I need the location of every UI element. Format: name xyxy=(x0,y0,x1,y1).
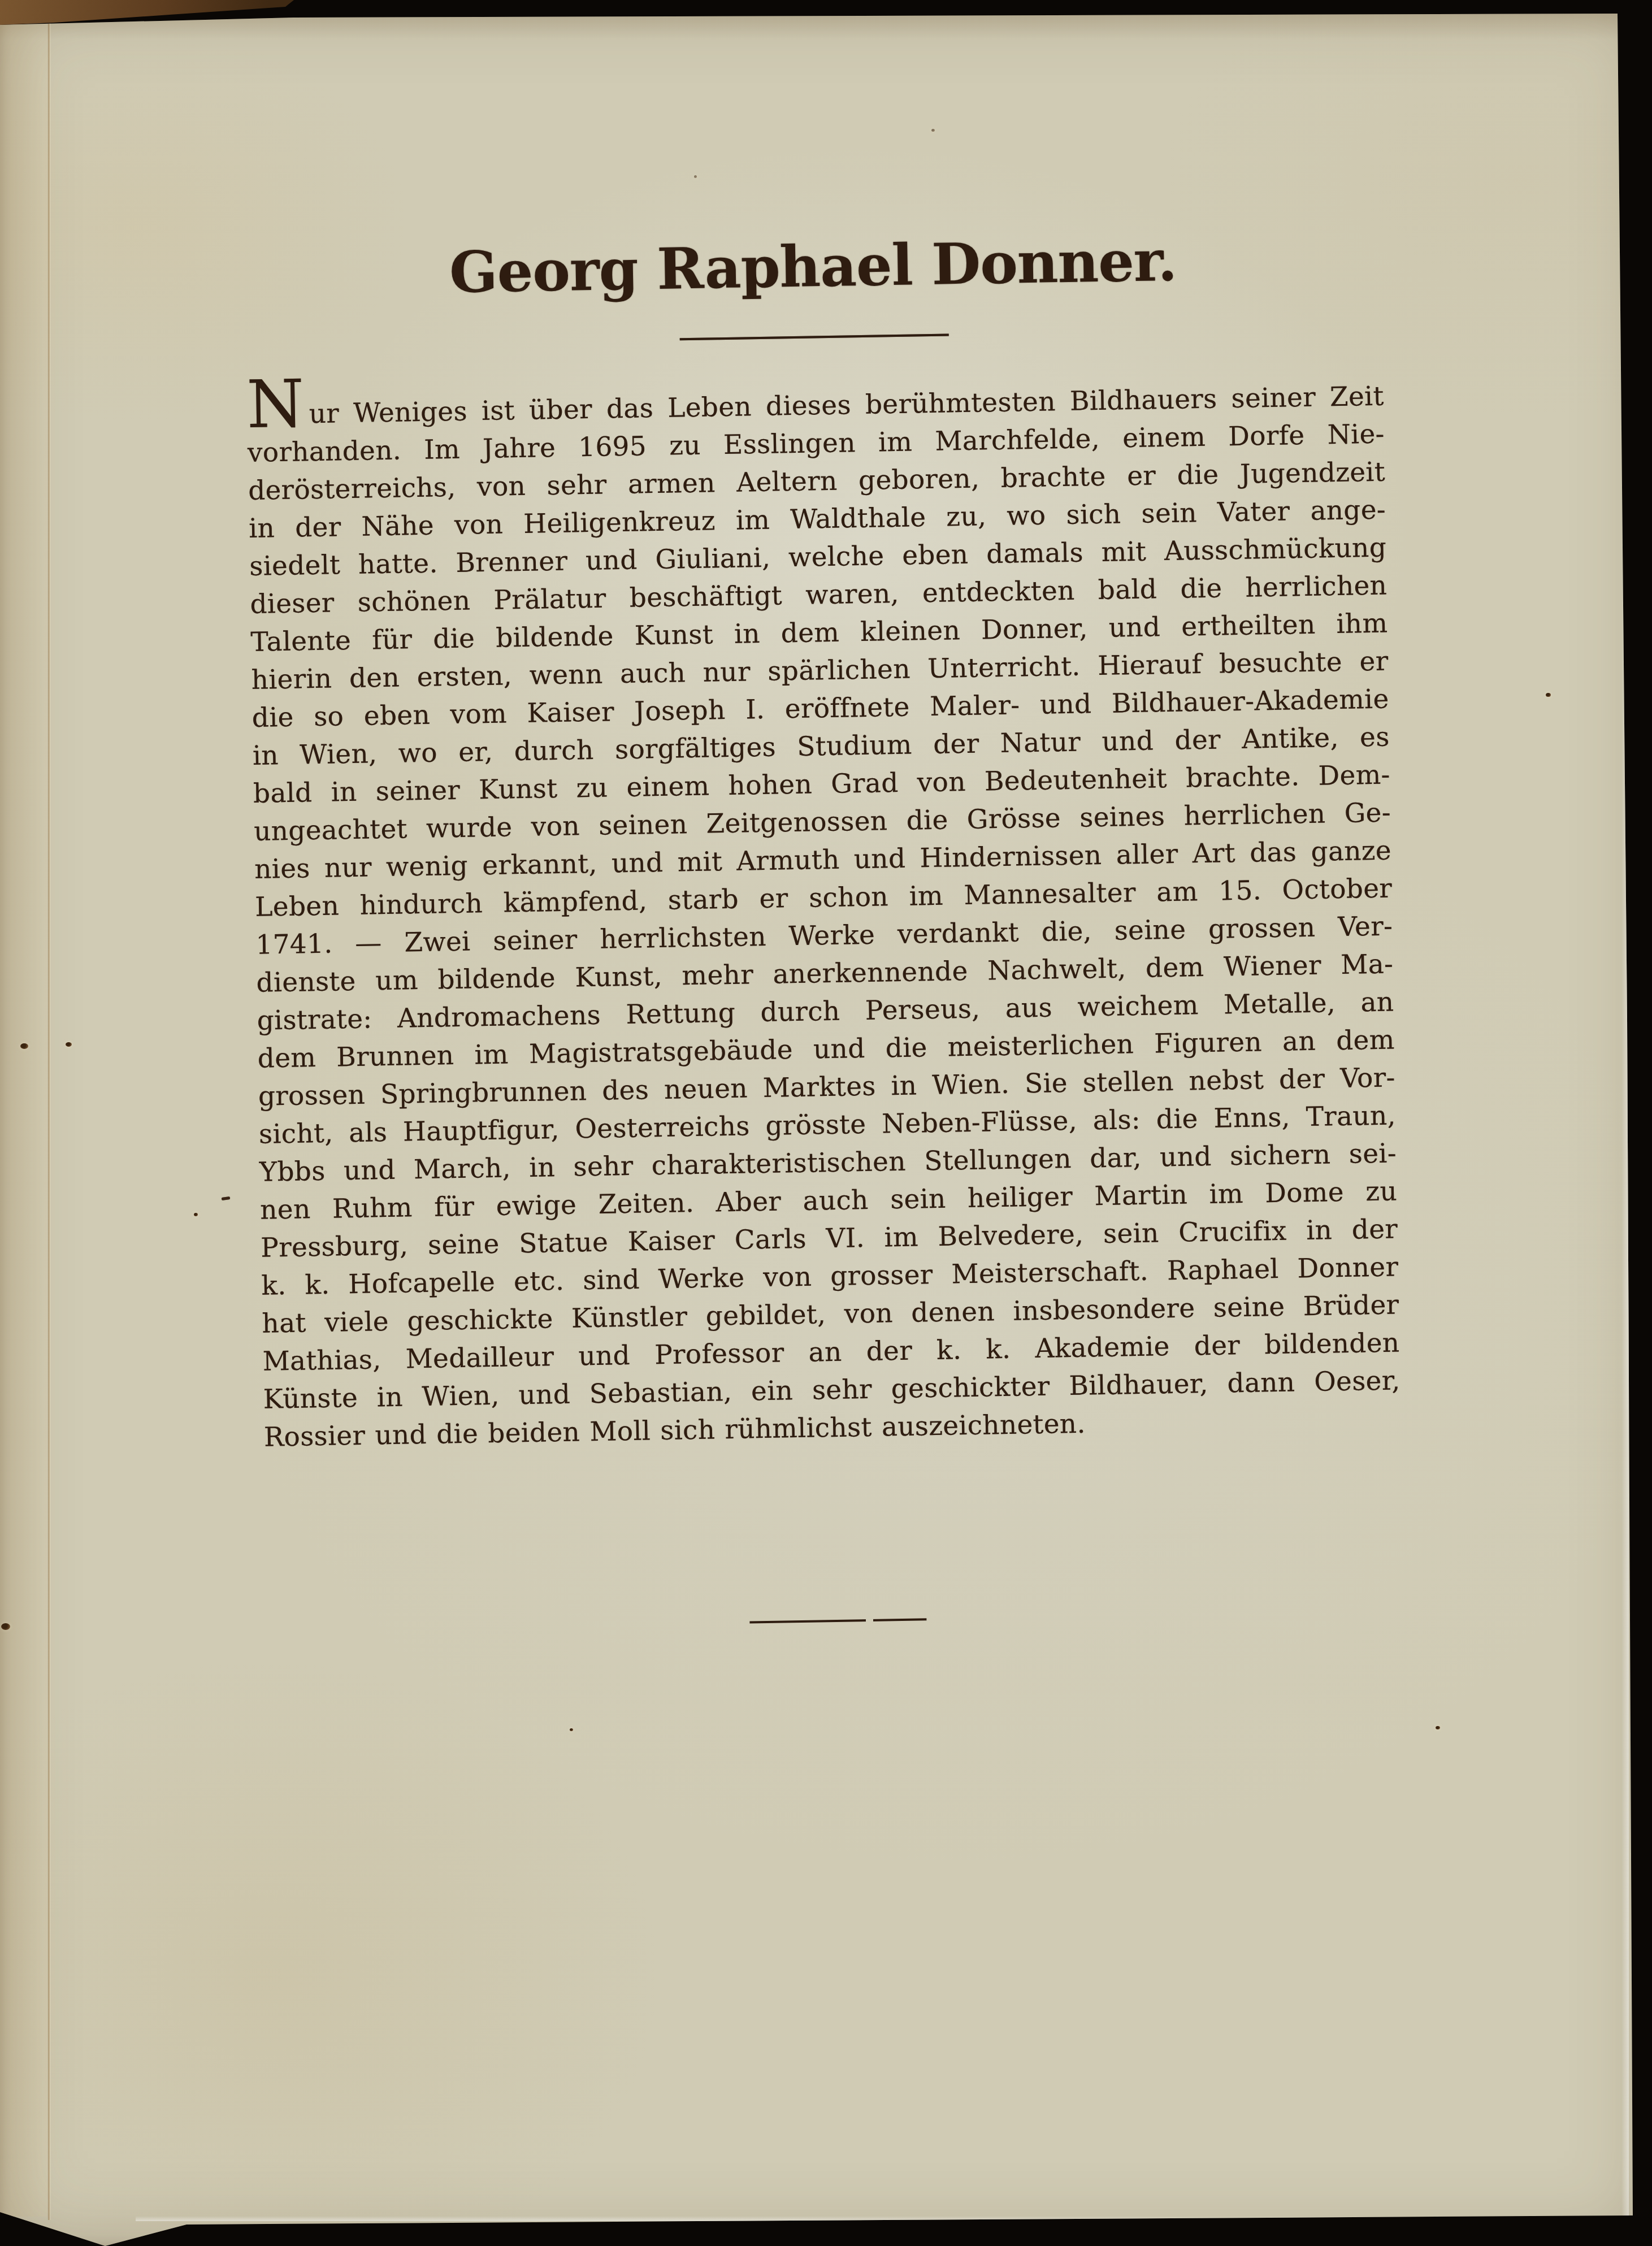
foxing-speck xyxy=(570,1728,573,1731)
gutter-margin xyxy=(0,21,47,2217)
foxing-speck xyxy=(1436,1726,1440,1729)
gutter-crease xyxy=(47,20,51,2220)
ink-smudge xyxy=(222,1196,231,1200)
title-divider-rule xyxy=(680,333,949,340)
end-divider-rule xyxy=(749,1618,926,1623)
page-title: Georg Raphael Donner. xyxy=(244,224,1382,309)
book-page: Georg Raphael Donner. Nur Weniges ist üb… xyxy=(0,0,1652,2246)
wormhole-speck xyxy=(20,1043,28,1049)
foxing-speck xyxy=(1546,693,1551,697)
wormhole-speck xyxy=(66,1042,72,1047)
foxing-speck xyxy=(931,129,935,132)
foxing-speck xyxy=(694,175,697,178)
page-content: Georg Raphael Donner. Nur Weniges ist üb… xyxy=(240,0,1407,1809)
scanner-background: { "page": { "title": "Georg Raphael Donn… xyxy=(0,0,1652,2246)
drop-cap-initial: N xyxy=(247,404,305,405)
page-right-edge xyxy=(1621,15,1629,2220)
foxing-speck xyxy=(194,1213,198,1216)
body-paragraph: Nur Weniges ist über das Leben dieses be… xyxy=(246,378,1401,1456)
foxing-speck xyxy=(1,1623,10,1630)
page-bottom-edge xyxy=(136,2216,1626,2221)
